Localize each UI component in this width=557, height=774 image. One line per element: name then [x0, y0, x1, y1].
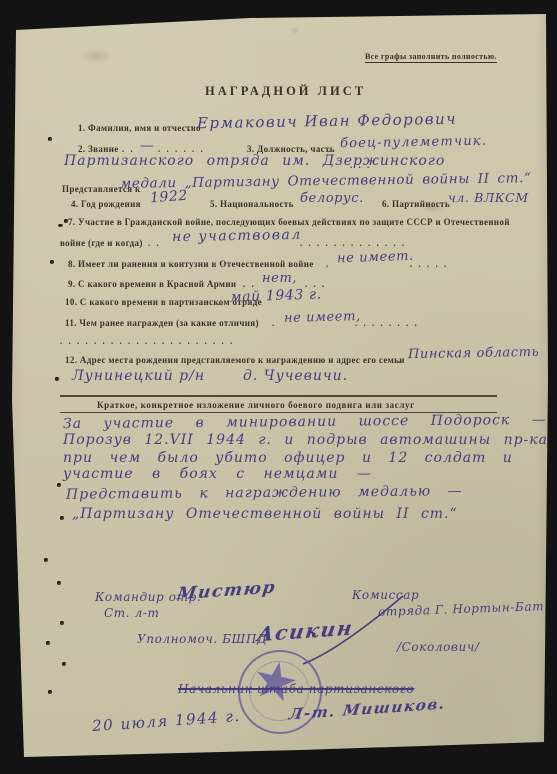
commander-rank: Ст. л-т [104, 606, 159, 620]
plenipotentiary-label: Уполномоч. БШПД [137, 632, 267, 646]
field-8-label: 8. Имеет ли ранения и контузии в Отечест… [68, 259, 314, 269]
chief-of-staff-label: Начальник штаба партизанского [178, 682, 414, 696]
commander-signature: Мистюр [176, 578, 277, 605]
field-2-value: — [140, 138, 155, 154]
feat-line: Представить к награждению медалью — [66, 483, 463, 502]
scanned-document-view: Все графы заполнить полностью. НАГРАДНОЙ… [0, 0, 557, 774]
field-12-value-village: д. Чучевичи. [243, 368, 348, 384]
field-12-value-region: Пинская область [408, 345, 540, 362]
field-11-leader-post: . . . . . . . . [355, 318, 419, 328]
punch-hole [64, 219, 68, 223]
field-1-leader: . [188, 123, 192, 133]
punch-hole [44, 558, 48, 562]
field-3-value-line2: Партизанского отряда им. Дзержинского [64, 153, 445, 169]
punch-hole [62, 662, 66, 666]
feat-line: при чем было убито офицер и 12 солдат и [63, 450, 513, 466]
field-1-label: 1. Фамилия, имя и отчество [78, 123, 201, 133]
field-11-label: 11. Чем ранее награжден (за какие отличи… [65, 318, 259, 328]
field-7-leader-post: . . . . . . . . . . . . . [300, 238, 406, 248]
field-8-value: не имеет. [337, 249, 414, 267]
field-4-label: 4. Год рождения [71, 199, 141, 209]
feat-line: участие в боях с немцами — [63, 466, 372, 482]
field-6-value: чл. ВЛКСМ [448, 190, 529, 205]
field-8-leader: . [326, 259, 330, 269]
field-10-value: май 1943 г. [230, 286, 322, 305]
field-9-label: 9. С какого времени в Красной Армии [68, 279, 236, 289]
field-11-value: не имеет, [284, 309, 361, 326]
field-10-leader: . [218, 297, 222, 307]
feat-line: Порозув 12.VII 1944 г. и подрыв автомаши… [63, 432, 553, 448]
field-5-label: 5. Национальность [210, 199, 294, 209]
punch-hole [55, 377, 59, 381]
dotted-row: . . . . . . . . . . . . . . . . . . . . … [60, 336, 234, 346]
paper-stain [420, 200, 446, 214]
field-1-value: Ермакович Иван Федорович [197, 110, 457, 133]
paper-stain [80, 48, 114, 64]
fill-all-fields-note: Все графы заполнить полностью. [365, 52, 497, 63]
document-date: 20 июля 1944 г. [92, 707, 242, 735]
page-title: НАГРАДНОЙ ЛИСТ [205, 84, 366, 99]
field-7-label-line1: 7. Участие в Гражданской войне, последую… [68, 217, 510, 227]
punch-hole [46, 641, 50, 645]
field-7-leader-pre: . . [148, 238, 161, 248]
punch-hole [48, 690, 52, 694]
feat-section-header: Краткое, конкретное изложение личного бо… [97, 400, 415, 410]
signature-flourish-stroke [295, 592, 410, 667]
punch-hole [60, 621, 64, 625]
punch-hole [57, 581, 61, 585]
section-divider-top [60, 395, 497, 397]
field-3-value: боец-пулеметчик. [340, 134, 487, 152]
punch-hole [60, 516, 64, 520]
punch-hole [48, 137, 52, 141]
punch-hole [50, 260, 54, 264]
field-4-value: 1922 [149, 188, 188, 207]
field-9-value: нет, [262, 271, 297, 286]
feat-line: „Партизану Отечественной войны II ст.“ [72, 506, 458, 522]
field-7-label-line2: войне (где и когда) [60, 238, 143, 248]
feat-line: За участие в минировании шоссе Подороск … [63, 412, 547, 432]
ink-mark [58, 224, 63, 227]
document-paper: Все графы заполнить полностью. НАГРАДНОЙ… [0, 0, 557, 774]
field-12-label: 12. Адрес места рождения представляемого… [65, 355, 405, 365]
field-11-leader: . [272, 318, 276, 328]
paper-stain [290, 26, 300, 34]
field-9-leader-pre: . . [243, 279, 256, 289]
field-3-leader2: . . . [350, 160, 371, 170]
field-12-value-district: Лунинецкий р/н [72, 368, 205, 384]
field-12-leader: . [398, 355, 402, 365]
punch-hole [57, 483, 61, 487]
field-7-value: не участвовал [172, 227, 302, 245]
field-8-leader-post: . . . . . [410, 259, 448, 269]
field-5-value: белорус. [300, 191, 364, 206]
